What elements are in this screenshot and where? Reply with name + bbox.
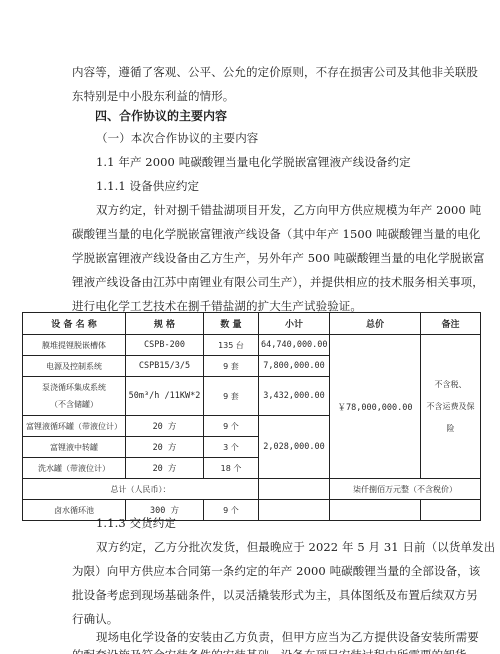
cell-name-line-1: 泵浇循环集成系统	[25, 379, 123, 396]
cell-qty: 9 个	[204, 500, 259, 521]
para1-line-4: 锂液产线设备由江苏中南锂业有限公司生产），并提供相应的技术服务相关事项，	[72, 275, 484, 289]
remark-line-2: 不含运费及保	[423, 396, 478, 418]
cell-remark: 不含税、 不含运费及保 险	[421, 335, 481, 479]
cell-qty: 9 套	[204, 356, 259, 377]
item-1-1-1: 1.1.1 设备供应约定	[96, 179, 199, 193]
cell-spec: 50m³/h /11KW*2	[126, 377, 204, 416]
item-1-1-3: 1.1.3 交货约定	[96, 516, 176, 530]
cell-name: 洗水罐（带液位计）	[23, 458, 126, 479]
remark-line-1: 不含税、	[423, 374, 478, 396]
cell-qty: 9 套	[204, 377, 259, 416]
cell-spec: CSPB15/3/5	[126, 356, 204, 377]
grand-total-words: 柒仟捌佰万元整（不含税价）	[330, 479, 481, 500]
section-heading: 四、合作协议的主要内容	[95, 107, 227, 124]
cell-qty: 135 台	[204, 335, 259, 356]
cell-name: 电源及控制系统	[23, 356, 126, 377]
cell-empty	[330, 500, 421, 521]
para1-line-1: 双方约定，针对捌千错盐湖项目开发，乙方向甲方供应规模为年产 2000 吨	[96, 203, 481, 217]
cell-subtotal: 7,800,000.00	[259, 356, 330, 377]
col-header-subtotal: 小计	[259, 313, 330, 335]
cell-empty	[421, 500, 481, 521]
cell-subtotal-tanks: 2,028,000.00	[259, 416, 330, 479]
item-1-1: 1.1 年产 2000 吨碳酸锂当量电化学脱嵌富锂液产线设备约定	[96, 155, 411, 169]
cell-spec: CSPB-200	[126, 335, 204, 356]
col-header-qty: 数 量	[204, 313, 259, 335]
cell-name: 膜堆提锂脱嵌槽体	[23, 335, 126, 356]
table-row: 膜堆提锂脱嵌槽体 CSPB-200 135 台 64,740,000.00 ￥7…	[23, 335, 481, 356]
cell-qty: 18 个	[204, 458, 259, 479]
cell-spec: 20 方	[126, 437, 204, 458]
para2-line-1: 双方约定，乙方分批次发货，但最晚应于 2022 年 5 月 31 日前（以货单发…	[96, 540, 495, 554]
cell-name: 泵浇循环集成系统 （不含储罐）	[23, 377, 126, 416]
cell-total-price: ￥78,000,000.00	[330, 335, 421, 479]
cell-name: 富锂液中转罐	[23, 437, 126, 458]
cell-name: 富锂液循环罐（带液位计）	[23, 416, 126, 437]
para1-line-3: 学脱嵌富锂液产线设备由乙方生产，另外年产 500 吨碳酸锂当量的电化学脱嵌富	[72, 251, 485, 265]
grand-total-empty	[259, 479, 330, 500]
col-header-name: 设 备 名 称	[23, 313, 126, 335]
cell-subtotal: 3,432,000.00	[259, 377, 330, 416]
para2-line-2: 为限）向甲方供应本合同第一条约定的年产 2000 吨碳酸锂当量的全部设备，该	[72, 564, 480, 578]
intro-line-1: 内容等，遵循了客观、公平、公允的定价原则，不存在损害公司及其他非关联股	[72, 65, 478, 79]
col-header-remark: 备注	[421, 313, 481, 335]
para2-line-3: 批设备考虑到现场基础条件，以灵活撬装形式为主，具体图纸及布置后续双方另	[72, 588, 478, 602]
cell-qty: 3 个	[204, 437, 259, 458]
grand-total-label: 总计（人民币）：	[23, 479, 259, 500]
equipment-price-table: 设 备 名 称 规 格 数 量 小计 总价 备注 膜堆提锂脱嵌槽体 CSPB-2…	[22, 312, 481, 521]
intro-line-2: 东特别是中小股东利益的情形。	[72, 89, 234, 103]
col-header-spec: 规 格	[126, 313, 204, 335]
col-header-total: 总价	[330, 313, 421, 335]
para2-line-4: 行确认。	[72, 612, 118, 626]
table-header-row: 设 备 名 称 规 格 数 量 小计 总价 备注	[23, 313, 481, 335]
para3-line-1: 现场电化学设备的安装由乙方负责，但甲方应当为乙方提供设备安装所需要	[96, 630, 479, 644]
grand-total-row: 总计（人民币）： 柒仟捌佰万元整（不含税价）	[23, 479, 481, 500]
cell-empty	[259, 500, 330, 521]
cell-name-line-2: （不含储罐）	[25, 396, 123, 413]
para1-line-2: 碳酸锂当量的电化学脱嵌富锂液产线设备（其中年产 1500 吨碳酸锂当量的电化	[72, 227, 480, 241]
cell-spec: 20 方	[126, 458, 204, 479]
remark-line-3: 险	[423, 418, 478, 440]
cell-subtotal: 64,740,000.00	[259, 335, 330, 356]
subsection-1: （一）本次合作协议的主要内容	[96, 131, 258, 145]
table-row: 卤水循环池 300 方 9 个	[23, 500, 481, 521]
cell-spec: 20 方	[126, 416, 204, 437]
cell-qty: 9 个	[204, 416, 259, 437]
para3-line-2: 的配套设施及符合安装条件的安装基础。设备在项目安装过程中所需要的卸货、	[72, 648, 478, 654]
para1-line-5: 进行电化学工艺技术在捌千错盐湖的扩大生产试验验证。	[72, 299, 362, 313]
